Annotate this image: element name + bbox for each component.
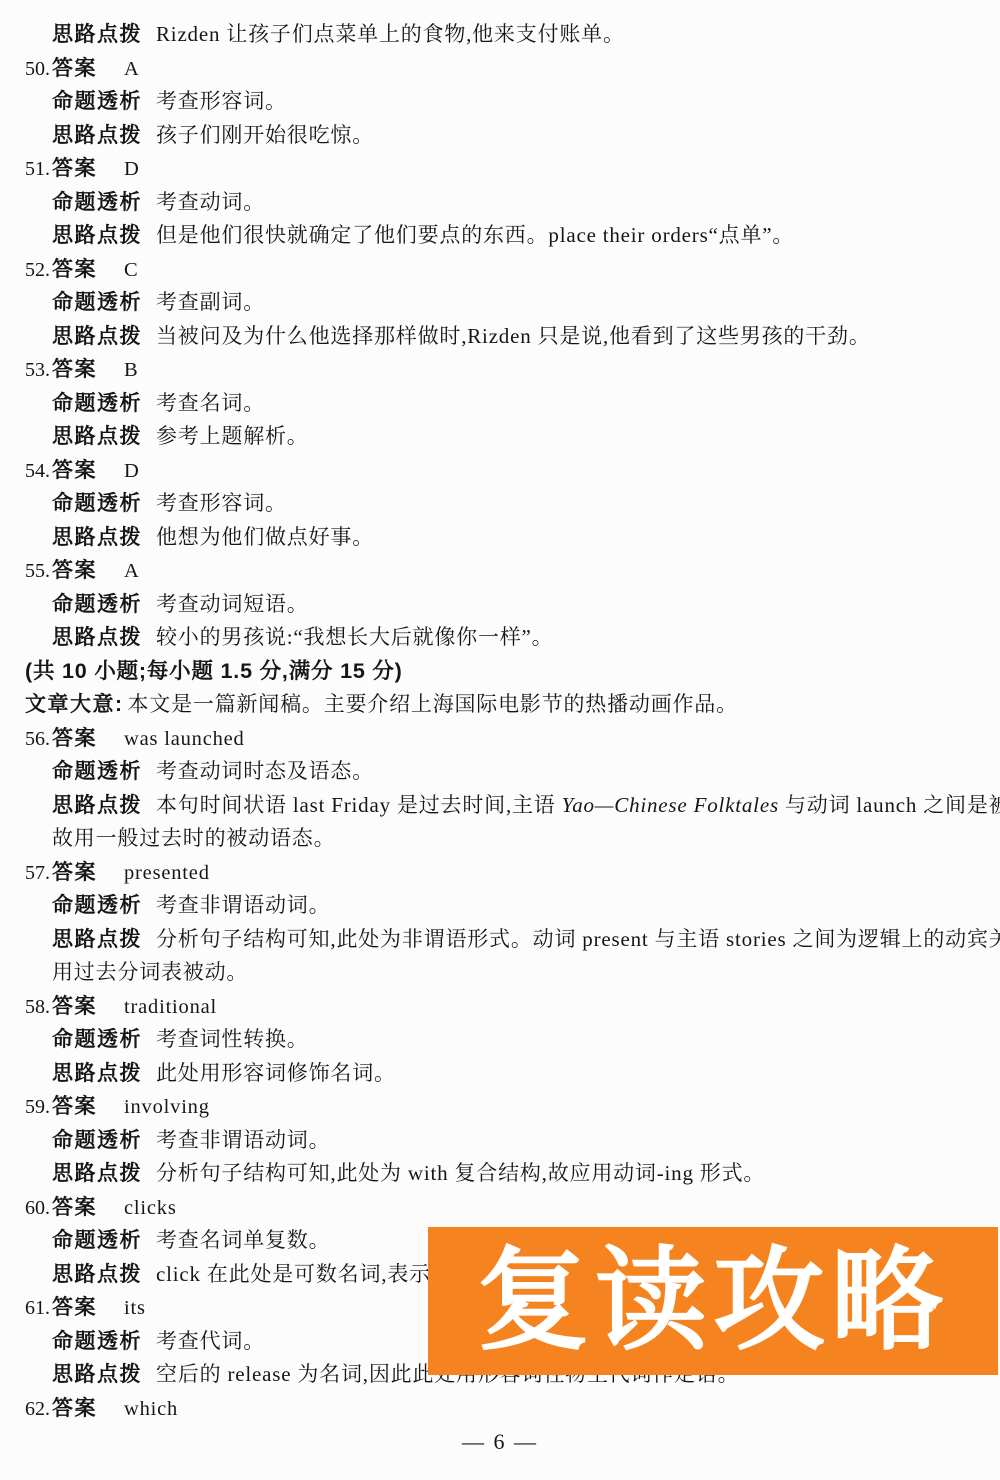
section-score-text: (共 10 小题;每小题 1.5 分,满分 15 分) bbox=[25, 659, 403, 683]
hint-label: 思路点拨 bbox=[52, 1363, 142, 1386]
analysis-text: 考查形容词。 bbox=[156, 89, 287, 113]
analysis-label: 命题透析 bbox=[52, 760, 142, 783]
hint-label: 思路点拨 bbox=[52, 425, 142, 448]
hint-label: 思路点拨 bbox=[52, 626, 142, 649]
analysis-label: 命题透析 bbox=[52, 1028, 142, 1051]
answer-label: 答案 bbox=[52, 1296, 97, 1319]
analysis-text: 考查非谓语动词。 bbox=[156, 893, 330, 917]
answer-value: D bbox=[124, 158, 140, 180]
continuation-line: 用过去分词表被动。 bbox=[0, 956, 1000, 990]
hint-line: 思路点拨分析句子结构可知,此处为非谓语形式。动词 present 与主语 sto… bbox=[0, 923, 1000, 957]
hint-label: 思路点拨 bbox=[52, 1062, 142, 1085]
hint-text: 此处用形容词修饰名词。 bbox=[156, 1061, 396, 1085]
question-number: 58. bbox=[25, 991, 52, 1025]
analysis-text: 考查动词时态及语态。 bbox=[156, 759, 374, 783]
analysis-label: 命题透析 bbox=[52, 593, 142, 616]
hint-text: 分析句子结构可知,此处为非谓语形式。动词 present 与主语 stories… bbox=[156, 927, 1000, 951]
page-number-text: — 6 — bbox=[462, 1429, 538, 1454]
analysis-text: 考查名词单复数。 bbox=[156, 1228, 330, 1252]
analysis-text: 考查副词。 bbox=[156, 290, 265, 314]
analysis-label: 命题透析 bbox=[52, 894, 142, 917]
hint-text: 本句时间状语 last Friday 是过去时间,主语 bbox=[156, 793, 562, 817]
answer-value: which bbox=[124, 1398, 178, 1420]
question-number: 53. bbox=[25, 354, 52, 388]
analysis-text: 考查非谓语动词。 bbox=[156, 1128, 330, 1152]
answer-line-59: 59.答案involving bbox=[0, 1090, 1000, 1124]
answer-value: was launched bbox=[124, 728, 245, 750]
hint-text: Rizden 让孩子们点菜单上的食物,他来支付账单。 bbox=[156, 22, 625, 46]
answer-label: 答案 bbox=[52, 459, 97, 482]
hint-label: 思路点拨 bbox=[52, 124, 142, 147]
question-number: 61. bbox=[25, 1292, 52, 1326]
answer-value: B bbox=[124, 359, 138, 381]
hint-line: 思路点拨较小的男孩说:“我想长大后就像你一样”。 bbox=[0, 621, 1000, 655]
analysis-line: 命题透析考查动词短语。 bbox=[0, 588, 1000, 622]
hint-line: 思路点拨但是他们很快就确定了他们要点的东西。place their orders… bbox=[0, 219, 1000, 253]
question-number: 56. bbox=[25, 723, 52, 757]
answer-key-page: 思路点拨Rizden 让孩子们点菜单上的食物,他来支付账单。 50.答案A 命题… bbox=[0, 0, 1000, 1480]
hint-label: 思路点拨 bbox=[52, 23, 142, 46]
answer-label: 答案 bbox=[52, 157, 97, 180]
answer-value: clicks bbox=[124, 1197, 177, 1219]
answer-label: 答案 bbox=[52, 1196, 97, 1219]
analysis-text: 考查词性转换。 bbox=[156, 1027, 309, 1051]
analysis-line: 命题透析考查动词时态及语态。 bbox=[0, 755, 1000, 789]
hint-line: 思路点拨他想为他们做点好事。 bbox=[0, 521, 1000, 555]
hint-label: 思路点拨 bbox=[52, 928, 142, 951]
answer-label: 答案 bbox=[52, 995, 97, 1018]
question-number: 57. bbox=[25, 857, 52, 891]
analysis-text: 考查动词短语。 bbox=[156, 592, 309, 616]
passage-summary: 文章大意:本文是一篇新闻稿。主要介绍上海国际电影节的热播动画作品。 bbox=[0, 688, 1000, 722]
section-score-note: (共 10 小题;每小题 1.5 分,满分 15 分) bbox=[0, 655, 1000, 689]
hint-text: click 在此处是可数名词,表示“点 bbox=[156, 1262, 463, 1286]
hint-label: 思路点拨 bbox=[52, 1162, 142, 1185]
hint-line: 思路点拨分析句子结构可知,此处为 with 复合结构,故应用动词-ing 形式。 bbox=[0, 1157, 1000, 1191]
answer-value: A bbox=[124, 58, 140, 80]
question-number: 52. bbox=[25, 254, 52, 288]
answer-value: involving bbox=[124, 1096, 210, 1118]
hint-line: 思路点拨本句时间状语 last Friday 是过去时间,主语 Yao—Chin… bbox=[0, 789, 1000, 823]
answer-label: 答案 bbox=[52, 1397, 97, 1420]
hint-text: 他想为他们做点好事。 bbox=[156, 525, 374, 549]
answer-label: 答案 bbox=[52, 258, 97, 281]
analysis-line: 命题透析考查非谓语动词。 bbox=[0, 889, 1000, 923]
summary-text: 本文是一篇新闻稿。主要介绍上海国际电影节的热播动画作品。 bbox=[128, 692, 738, 716]
watermark-banner: 复读攻略 bbox=[428, 1227, 998, 1375]
analysis-label: 命题透析 bbox=[52, 191, 142, 214]
question-number: 60. bbox=[25, 1192, 52, 1226]
answer-line-50: 50.答案A bbox=[0, 52, 1000, 86]
analysis-line: 命题透析考查副词。 bbox=[0, 286, 1000, 320]
hint-line: 思路点拨此处用形容词修饰名词。 bbox=[0, 1057, 1000, 1091]
question-number: 59. bbox=[25, 1091, 52, 1125]
hint-label: 思路点拨 bbox=[52, 526, 142, 549]
answer-value: D bbox=[124, 460, 140, 482]
hint-line: 思路点拨Rizden 让孩子们点菜单上的食物,他来支付账单。 bbox=[0, 18, 1000, 52]
hint-text-italic: Yao—Chinese Folktales bbox=[562, 793, 779, 817]
hint-text: 较小的男孩说:“我想长大后就像你一样”。 bbox=[156, 625, 553, 649]
hint-text: 分析句子结构可知,此处为 with 复合结构,故应用动词-ing 形式。 bbox=[156, 1161, 765, 1185]
answer-value: its bbox=[124, 1297, 146, 1319]
analysis-line: 命题透析考查形容词。 bbox=[0, 85, 1000, 119]
answer-line-52: 52.答案C bbox=[0, 253, 1000, 287]
analysis-label: 命题透析 bbox=[52, 392, 142, 415]
continuation-text: 故用一般过去时的被动语态。 bbox=[52, 826, 335, 850]
analysis-text: 考查形容词。 bbox=[156, 491, 287, 515]
analysis-label: 命题透析 bbox=[52, 492, 142, 515]
hint-label: 思路点拨 bbox=[52, 325, 142, 348]
hint-text: 参考上题解析。 bbox=[156, 424, 309, 448]
answer-line-58: 58.答案traditional bbox=[0, 990, 1000, 1024]
watermark-text: 复读攻略 bbox=[477, 1245, 949, 1357]
analysis-text: 考查代词。 bbox=[156, 1329, 265, 1353]
question-number: 50. bbox=[25, 53, 52, 87]
answer-label: 答案 bbox=[52, 861, 97, 884]
hint-text: 孩子们刚开始很吃惊。 bbox=[156, 123, 374, 147]
answer-value: traditional bbox=[124, 996, 217, 1018]
answer-line-51: 51.答案D bbox=[0, 152, 1000, 186]
answer-label: 答案 bbox=[52, 358, 97, 381]
analysis-line: 命题透析考查词性转换。 bbox=[0, 1023, 1000, 1057]
answer-line-62: 62.答案which bbox=[0, 1392, 1000, 1426]
hint-line: 思路点拨当被问及为什么他选择那样做时,Rizden 只是说,他看到了这些男孩的干… bbox=[0, 320, 1000, 354]
analysis-text: 考查动词。 bbox=[156, 190, 265, 214]
answer-value: presented bbox=[124, 862, 210, 884]
answer-line-54: 54.答案D bbox=[0, 454, 1000, 488]
analysis-line: 命题透析考查形容词。 bbox=[0, 487, 1000, 521]
continuation-text: 用过去分词表被动。 bbox=[52, 960, 248, 984]
answer-value: C bbox=[124, 259, 138, 281]
answer-line-56: 56.答案was launched bbox=[0, 722, 1000, 756]
question-number: 62. bbox=[25, 1393, 52, 1427]
analysis-text: 考查名词。 bbox=[156, 391, 265, 415]
hint-line: 思路点拨孩子们刚开始很吃惊。 bbox=[0, 119, 1000, 153]
analysis-line: 命题透析考查非谓语动词。 bbox=[0, 1124, 1000, 1158]
hint-label: 思路点拨 bbox=[52, 1263, 142, 1286]
hint-text: 与动词 launch 之间是被动关系, bbox=[779, 793, 1000, 817]
answer-label: 答案 bbox=[52, 727, 97, 750]
analysis-label: 命题透析 bbox=[52, 1229, 142, 1252]
answer-label: 答案 bbox=[52, 1095, 97, 1118]
hint-text: 但是他们很快就确定了他们要点的东西。place their orders“点单”… bbox=[156, 223, 794, 247]
answer-line-55: 55.答案A bbox=[0, 554, 1000, 588]
hint-label: 思路点拨 bbox=[52, 224, 142, 247]
answer-line-57: 57.答案presented bbox=[0, 856, 1000, 890]
analysis-line: 命题透析考查动词。 bbox=[0, 186, 1000, 220]
answer-label: 答案 bbox=[52, 559, 97, 582]
hint-label: 思路点拨 bbox=[52, 794, 142, 817]
answer-label: 答案 bbox=[52, 57, 97, 80]
analysis-label: 命题透析 bbox=[52, 1330, 142, 1353]
page-number: — 6 — bbox=[0, 1425, 1000, 1459]
question-number: 54. bbox=[25, 455, 52, 489]
answer-line-60: 60.答案clicks bbox=[0, 1191, 1000, 1225]
analysis-label: 命题透析 bbox=[52, 291, 142, 314]
continuation-line: 故用一般过去时的被动语态。 bbox=[0, 822, 1000, 856]
hint-text: 当被问及为什么他选择那样做时,Rizden 只是说,他看到了这些男孩的干劲。 bbox=[156, 324, 871, 348]
question-number: 51. bbox=[25, 153, 52, 187]
analysis-line: 命题透析考查名词。 bbox=[0, 387, 1000, 421]
answer-value: A bbox=[124, 560, 140, 582]
question-number: 55. bbox=[25, 555, 52, 589]
analysis-label: 命题透析 bbox=[52, 90, 142, 113]
answer-line-53: 53.答案B bbox=[0, 353, 1000, 387]
hint-line: 思路点拨参考上题解析。 bbox=[0, 420, 1000, 454]
analysis-label: 命题透析 bbox=[52, 1129, 142, 1152]
summary-label: 文章大意: bbox=[25, 693, 124, 716]
